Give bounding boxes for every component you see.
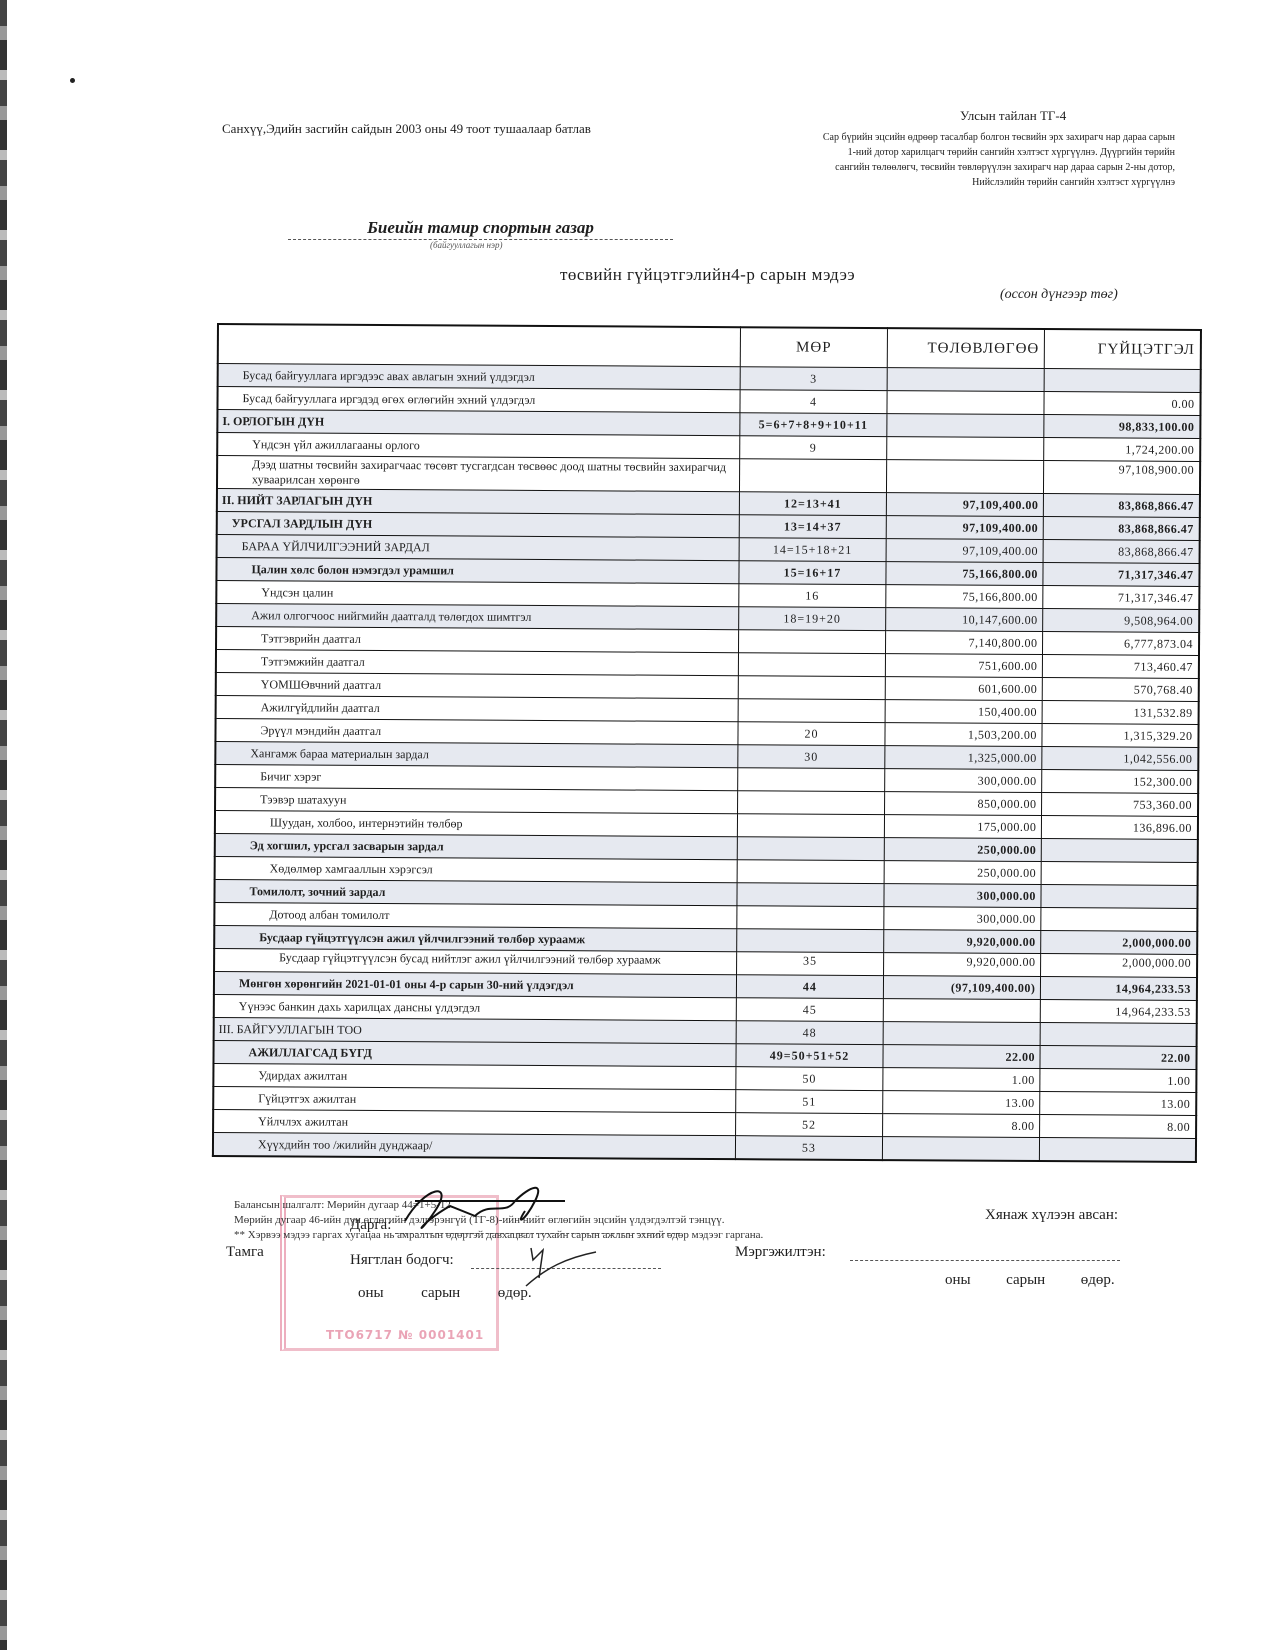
row-number bbox=[738, 630, 886, 654]
row-label: Дотоод албан томилолт bbox=[214, 902, 736, 928]
actual-value: 83,868,866.47 bbox=[1044, 494, 1200, 518]
row-number: 9 bbox=[739, 436, 887, 460]
row-number bbox=[739, 459, 887, 493]
row-number: 52 bbox=[735, 1113, 883, 1137]
plan-value: 75,166,800.00 bbox=[886, 585, 1043, 609]
actual-value: 753,360.00 bbox=[1042, 793, 1198, 817]
row-number bbox=[736, 929, 884, 953]
row-number bbox=[737, 768, 885, 792]
plan-value: 150,400.00 bbox=[885, 700, 1042, 724]
row-number: 3 bbox=[740, 367, 888, 391]
column-header-row: МӨР bbox=[740, 327, 888, 367]
row-label: Мөнгөн хөрөнгийн 2021-01-01 оны 4-р сары… bbox=[214, 971, 736, 997]
plan-value: 300,000.00 bbox=[884, 884, 1041, 908]
row-label: Хүүхдийн тоо /жилийн дунджаар/ bbox=[213, 1132, 735, 1159]
row-label: УРСГАЛ ЗАРДЛЫН ДҮН bbox=[217, 512, 739, 538]
row-label: Дээд шатны төсвийн захирагчаас төсөвт ту… bbox=[217, 456, 739, 492]
actual-value: 570,768.40 bbox=[1043, 678, 1199, 702]
actual-value: 152,300.00 bbox=[1042, 770, 1198, 794]
plan-value bbox=[887, 437, 1044, 461]
row-number: 53 bbox=[735, 1136, 883, 1160]
row-label: Үндсэн үйл ажиллагааны орлого bbox=[217, 433, 739, 459]
actual-value: 8.00 bbox=[1040, 1115, 1196, 1139]
plan-value: 9,920,000.00 bbox=[884, 930, 1041, 954]
plan-value: 250,000.00 bbox=[884, 861, 1041, 885]
received-label: Хянаж хүлээн авсан: bbox=[985, 1207, 1118, 1224]
row-number: 20 bbox=[737, 722, 885, 746]
actual-value bbox=[1042, 862, 1198, 886]
row-number: 35 bbox=[736, 952, 884, 976]
actual-value: 13.00 bbox=[1040, 1092, 1196, 1116]
row-label: Томилолт, зочний зардал bbox=[214, 879, 736, 905]
director-signature-line bbox=[395, 1215, 680, 1234]
plan-value: 13.00 bbox=[883, 1091, 1040, 1115]
actual-value: 136,896.00 bbox=[1042, 816, 1198, 840]
accountant-label: Нягтлан бодогч: bbox=[350, 1252, 454, 1268]
plan-value: 1,503,200.00 bbox=[885, 723, 1042, 747]
specialist-label: Мэргэжилтэн: bbox=[735, 1244, 826, 1260]
row-number bbox=[737, 791, 885, 815]
row-number: 44 bbox=[736, 975, 884, 999]
budget-table: МӨР ТӨЛӨВЛӨГӨӨ ГҮЙЦЭТГЭЛ Бусад байгуулла… bbox=[212, 323, 1202, 1163]
row-number bbox=[736, 906, 884, 930]
received-date-year: оны bbox=[945, 1272, 971, 1288]
plan-value bbox=[883, 1022, 1040, 1046]
row-label: БАРАА ҮЙЛЧИЛГЭЭНИЙ ЗАРДАЛ bbox=[217, 535, 739, 561]
row-label: Гүйцэтгэх ажилтан bbox=[213, 1086, 735, 1112]
plan-value: 7,140,800.00 bbox=[886, 631, 1043, 655]
actual-value: 98,833,100.00 bbox=[1044, 415, 1200, 439]
signature-scribble-icon bbox=[521, 1238, 601, 1288]
row-number: 12=13+41 bbox=[739, 492, 887, 516]
plan-value bbox=[887, 460, 1044, 494]
organization-caption: (байгууллагын нэр) bbox=[430, 240, 503, 250]
plan-value: 9,920,000.00 bbox=[884, 953, 1041, 977]
row-label: АЖИЛЛАГСАД БҮГД bbox=[213, 1040, 735, 1066]
received-date-day: өдөр. bbox=[1081, 1272, 1115, 1288]
date-year: оны bbox=[358, 1285, 384, 1301]
row-number: 18=19+20 bbox=[738, 607, 886, 631]
specialist-signature-line bbox=[850, 1246, 1120, 1261]
plan-value: 97,109,400.00 bbox=[887, 516, 1044, 540]
row-number: 16 bbox=[738, 584, 886, 608]
actual-value: 71,317,346.47 bbox=[1043, 586, 1199, 610]
date-day: өдөр. bbox=[498, 1285, 532, 1301]
row-number: 30 bbox=[737, 745, 885, 769]
director-signature: Дарга: bbox=[350, 1215, 680, 1234]
actual-value: 6,777,873.04 bbox=[1043, 632, 1199, 656]
actual-value: 1.00 bbox=[1040, 1069, 1196, 1093]
row-number: 5=6+7+8+9+10+11 bbox=[739, 413, 887, 437]
organization-name: Биеийн тамир спортын газар bbox=[288, 218, 673, 240]
actual-value: 0.00 bbox=[1044, 392, 1200, 416]
row-label: I. ОРЛОГЫН ДҮН bbox=[217, 410, 739, 436]
date-month: сарын bbox=[421, 1285, 460, 1301]
signature-scribble-icon bbox=[395, 1181, 565, 1231]
instruction-line: Нийслэлийн төрийн сангийн хэлтэст хүргүү… bbox=[690, 175, 1175, 190]
plan-value: 1,325,000.00 bbox=[885, 746, 1042, 770]
row-number: 48 bbox=[736, 1021, 884, 1045]
row-label: Ажил олгогчоос нийгмийн даатгалд төлөгдо… bbox=[216, 604, 738, 630]
row-label: Үндсэн цалин bbox=[216, 581, 738, 607]
stamp-label: Тамга bbox=[226, 1244, 264, 1261]
plan-value bbox=[884, 999, 1041, 1023]
plan-value bbox=[887, 368, 1044, 392]
plan-value: 8.00 bbox=[883, 1114, 1040, 1138]
row-label: Үүнээс банкин дахь харилцах дансны үлдэг… bbox=[214, 994, 736, 1020]
row-label: Хангамж бараа материалын зардал bbox=[215, 741, 737, 767]
instruction-line: 1-ний дотор харилцагч төрийн сангийн хэл… bbox=[690, 145, 1175, 160]
column-header-label bbox=[218, 324, 740, 367]
actual-value bbox=[1041, 1023, 1197, 1047]
row-number: 45 bbox=[736, 998, 884, 1022]
actual-value: 2,000,000.00 bbox=[1041, 931, 1197, 955]
specialist-signature: Мэргэжилтэн: bbox=[735, 1244, 1120, 1261]
received-date: оны сарын өдөр. bbox=[945, 1272, 1115, 1289]
row-label: Тэтгэврийн даатгал bbox=[216, 627, 738, 653]
row-number bbox=[738, 699, 886, 723]
plan-value bbox=[887, 414, 1044, 438]
row-label: II. НИЙТ ЗАРЛАГЫН ДҮН bbox=[217, 489, 739, 515]
plan-value bbox=[883, 1137, 1040, 1161]
row-number: 14=15+18+21 bbox=[739, 538, 887, 562]
row-label: Бусдаар гүйцэтгүүлсэн ажил үйлчилгээний … bbox=[214, 925, 736, 951]
row-number: 50 bbox=[735, 1067, 883, 1091]
plan-value: 10,147,600.00 bbox=[886, 608, 1043, 632]
row-label: Удирдах ажилтан bbox=[213, 1063, 735, 1089]
actual-value: 9,508,964.00 bbox=[1043, 609, 1199, 633]
row-label: Бичиг хэрэг bbox=[215, 764, 737, 790]
row-number bbox=[737, 837, 885, 861]
plan-value: 250,000.00 bbox=[885, 838, 1042, 862]
actual-value: 2,000,000.00 bbox=[1041, 954, 1197, 978]
plan-value: 97,109,400.00 bbox=[886, 539, 1043, 563]
row-label: Шуудан, холбоо, интернэтийн төлбөр bbox=[215, 810, 737, 836]
plan-value bbox=[887, 391, 1044, 415]
column-header-plan: ТӨЛӨВЛӨГӨӨ bbox=[888, 328, 1045, 368]
table-header: МӨР ТӨЛӨВЛӨГӨӨ ГҮЙЦЭТГЭЛ bbox=[218, 324, 1201, 370]
table-row: Хүүхдийн тоо /жилийн дунджаар/53 bbox=[213, 1132, 1196, 1162]
sign-date: оны сарын өдөр. bbox=[358, 1285, 532, 1302]
row-number bbox=[737, 883, 885, 907]
actual-value: 14,964,233.53 bbox=[1041, 977, 1197, 1001]
plan-value: 175,000.00 bbox=[885, 815, 1042, 839]
row-label: Бусад байгууллага иргэдээс авах авлагын … bbox=[218, 364, 740, 390]
instruction-line: сангийн төлөөлөгч, төсвийн төвлөрүүлэн з… bbox=[690, 160, 1175, 175]
plan-value: 300,000.00 bbox=[884, 907, 1041, 931]
row-number: 13=14+37 bbox=[739, 515, 887, 539]
actual-value: 1,315,329.20 bbox=[1042, 724, 1198, 748]
column-header-actual: ГҮЙЦЭТГЭЛ bbox=[1045, 329, 1201, 369]
actual-value: 1,724,200.00 bbox=[1044, 438, 1200, 462]
row-label: ҮОМШӨвчний даатгал bbox=[216, 672, 738, 698]
row-label: III. БАЙГУУЛЛАГЫН ТОО bbox=[214, 1017, 736, 1043]
plan-value: 75,166,800.00 bbox=[886, 562, 1043, 586]
actual-value bbox=[1041, 885, 1197, 909]
actual-value: 83,868,866.47 bbox=[1044, 517, 1200, 541]
plan-value: 300,000.00 bbox=[885, 769, 1042, 793]
actual-value bbox=[1040, 1138, 1196, 1162]
plan-value: 97,109,400.00 bbox=[887, 493, 1044, 517]
plan-value: (97,109,400.00) bbox=[884, 976, 1041, 1000]
row-label: Эд хогшил, урсгал засварын зардал bbox=[215, 833, 737, 859]
scan-dot bbox=[70, 78, 75, 83]
plan-value: 850,000.00 bbox=[885, 792, 1042, 816]
actual-value: 71,317,346.47 bbox=[1043, 563, 1199, 587]
row-label: Бусад байгууллага иргэдэд өгөх өглөгийн … bbox=[217, 387, 739, 413]
actual-value: 97,108,900.00 bbox=[1044, 461, 1200, 495]
actual-value: 22.00 bbox=[1040, 1046, 1196, 1070]
row-number bbox=[738, 653, 886, 677]
director-label: Дарга: bbox=[350, 1217, 391, 1233]
plan-value: 601,600.00 bbox=[886, 677, 1043, 701]
row-label: Бусдаар гүйцэтгүүлсэн бусад нийтлэг ажил… bbox=[214, 948, 736, 974]
row-label: Тээвэр шатахуун bbox=[215, 787, 737, 813]
actual-value: 14,964,233.53 bbox=[1041, 1000, 1197, 1024]
actual-value bbox=[1041, 908, 1197, 932]
row-number bbox=[738, 676, 886, 700]
row-number: 15=16+17 bbox=[738, 561, 886, 585]
row-label: Ажилгүйдлийн даатгал bbox=[216, 695, 738, 721]
actual-value: 83,868,866.47 bbox=[1043, 540, 1199, 564]
row-label: Үйлчлэх ажилтан bbox=[213, 1109, 735, 1135]
row-number bbox=[737, 814, 885, 838]
row-label: Цалин хөлс болон нэмэгдэл урамшил bbox=[216, 558, 738, 584]
instructions: Сар бүрийн эцсийн өдрөөр тасалбар болгон… bbox=[690, 130, 1175, 190]
received-date-month: сарын bbox=[1006, 1272, 1045, 1288]
row-number: 4 bbox=[740, 390, 888, 414]
scan-edge bbox=[0, 0, 7, 1650]
stamp-text: ТТО6717 № 0001401 bbox=[326, 1328, 484, 1342]
actual-value bbox=[1042, 839, 1198, 863]
actual-value: 713,460.47 bbox=[1043, 655, 1199, 679]
accountant-signature-line bbox=[471, 1252, 661, 1269]
plan-value: 1.00 bbox=[883, 1068, 1040, 1092]
accountant-signature: Нягтлан бодогч: bbox=[350, 1252, 661, 1269]
actual-value bbox=[1045, 369, 1201, 393]
approval-text: Санхүү,Эдийн засгийн сайдын 2003 оны 49 … bbox=[222, 120, 622, 138]
row-label: Хөдөлмөр хамгааллын хэрэгсэл bbox=[215, 856, 737, 882]
instruction-line: Сар бүрийн эцсийн өдрөөр тасалбар болгон… bbox=[690, 130, 1175, 145]
actual-value: 131,532.89 bbox=[1043, 701, 1199, 725]
row-number: 51 bbox=[735, 1090, 883, 1114]
actual-value: 1,042,556.00 bbox=[1042, 747, 1198, 771]
row-number bbox=[737, 860, 885, 884]
page-title: төсвийн гүйцэтгэлийн4-р сарын мэдээ bbox=[560, 265, 855, 285]
plan-value: 22.00 bbox=[883, 1045, 1040, 1069]
row-label: Тэтгэмжийн даатгал bbox=[216, 650, 738, 676]
row-label: Эрүүл мэндийн даатгал bbox=[215, 718, 737, 744]
currency-unit: (оссон дүнгээр төг) bbox=[1000, 287, 1118, 303]
table-body: Бусад байгууллага иргэдээс авах авлагын … bbox=[213, 364, 1201, 1162]
row-number: 49=50+51+52 bbox=[736, 1044, 884, 1068]
report-name: Улсын тайлан ТГ-4 bbox=[960, 108, 1066, 124]
plan-value: 751,600.00 bbox=[886, 654, 1043, 678]
